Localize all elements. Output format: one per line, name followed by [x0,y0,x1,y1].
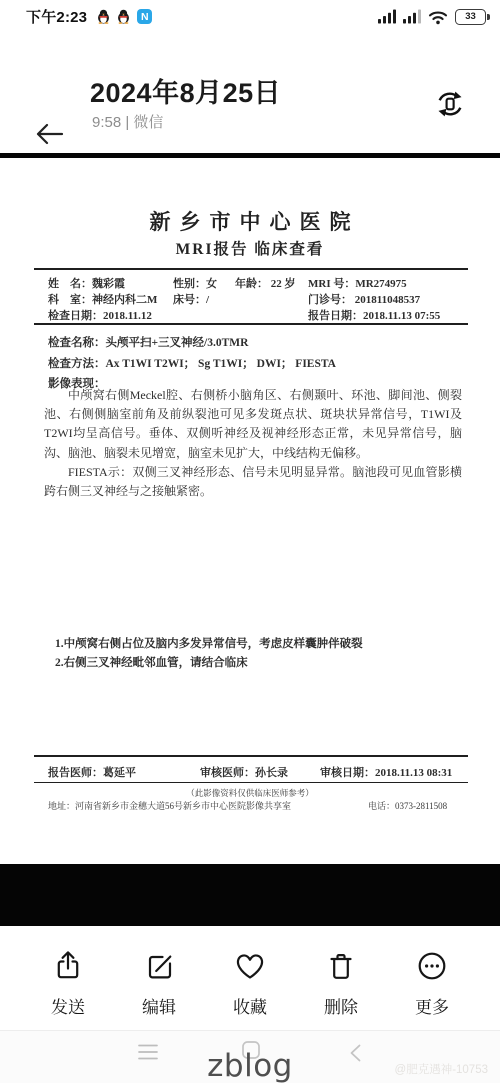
divider [34,755,468,757]
trash-icon [323,948,359,984]
favorite-button[interactable]: 收藏 [220,948,280,1030]
conclusion-line-2: 2.右侧三叉神经毗邻血管，请结合临床 [55,654,460,673]
photo-watermark: @肥克遇神-10753 [395,1061,488,1077]
exam-date: 检查日期：2018.11.12 [48,307,152,323]
status-right-icons: 33 [378,9,486,25]
signal2-icon [403,9,421,24]
edit-icon [141,948,177,984]
findings-text: 中颅窝右侧Meckel腔、右侧桥小脑角区、右侧颞叶、环池、脚间池、侧裂池、右侧侧… [44,386,462,501]
bed-number: 床号：/ [173,291,209,307]
wifi-icon [428,9,448,25]
send-label: 发送 [51,993,85,1018]
disclaimer-text: （此影像资料仅供临床医师参考） [0,787,500,799]
divider [34,268,468,270]
address-row: 地址：河南省新乡市金穗大道56号新乡市中心医院影像共享室 电话：0373-281… [0,799,500,811]
android-nav-bar: zblog @肥克遇神-10753 [0,1030,500,1083]
status-bar: 下午2:23 N [0,0,500,33]
nav-back-icon[interactable] [348,1043,362,1063]
recents-menu-icon[interactable] [136,1043,160,1061]
patient-name: 姓 名：魏彩霞 [48,275,125,291]
notification-icons: N [97,9,152,24]
delete-label: 删除 [324,993,358,1018]
patient-gender: 性别：女 [173,275,217,291]
app-header: 2024年8月25日 9:58 | 微信 [0,33,500,153]
hospital-name: 新乡市中心医院 [0,206,500,236]
findings-paragraph-1: 中颅窝右侧Meckel腔、右侧桥小脑角区、右侧颞叶、环池、脚间池、侧裂池、右侧侧… [44,386,462,463]
photo-viewer-screen: 下午2:23 N [0,0,500,1083]
department: 科 室：神经内科二M [48,291,157,307]
more-button[interactable]: 更多 [402,948,462,1030]
hospital-address: 地址：河南省新乡市金穗大道56号新乡市中心医院影像共享室 [48,799,291,812]
patient-info-row: 姓 名：魏彩霞 性别：女 年龄： 22 岁 MRI 号：MR274975 [0,275,500,290]
divider [34,323,468,325]
n-app-icon: N [137,9,152,24]
photo-date-title: 2024年8月25日 [90,71,281,110]
battery-level: 33 [465,11,476,22]
review-date: 审核日期：2018.11.13 08:31 [320,764,452,780]
exam-method: 检查方法：Ax T1WI T2WI； Sg T1WI； DWI； FIESTA [48,355,464,371]
patient-info-row: 检查日期：2018.11.12 报告日期：2018.11.13 07:55 [0,307,500,322]
edit-button[interactable]: 编辑 [129,948,189,1030]
action-toolbar: 发送 编辑 收藏 删除 [0,926,500,1030]
favorite-label: 收藏 [233,993,267,1018]
photo-time-source: 9:58 | 微信 [92,111,163,132]
mri-number: MRI 号：MR274975 [308,275,407,291]
status-time: 下午2:23 [26,6,87,27]
report-date: 报告日期：2018.11.13 07:55 [308,307,440,323]
mri-report-photo[interactable]: 新乡市中心医院 MRI报告 临床查看 姓 名：魏彩霞 性别：女 年龄： 22 岁… [0,158,500,864]
delete-button[interactable]: 删除 [311,948,371,1030]
share-icon [50,948,86,984]
battery-icon: 33 [455,9,486,25]
report-doctor: 报告医师：葛延平 [48,764,136,780]
divider [34,782,468,783]
patient-info-row: 科 室：神经内科二M 床号：/ 门诊号： 201811048537 [0,291,500,306]
qq-penguin-icon [117,9,130,24]
more-icon [414,948,450,984]
patient-age: 年龄： 22 岁 [235,275,296,291]
outpatient-number: 门诊号： 201811048537 [308,291,420,307]
conclusion-line-1: 1.中颅窝右侧占位及脑内多发异常信号，考虑皮样囊肿伴破裂 [55,635,460,654]
more-label: 更多 [415,993,449,1018]
findings-paragraph-2: FIESTA示：双侧三叉神经形态、信号未见明显异常。脑池段可见血管影横跨右侧三叉… [44,463,462,501]
doctors-row: 报告医师：葛延平 审核医师：孙长录 审核日期：2018.11.13 08:31 [0,764,500,778]
rotate-screen-icon[interactable] [434,88,466,120]
edit-label: 编辑 [142,993,176,1018]
conclusions: 1.中颅窝右侧占位及脑内多发异常信号，考虑皮样囊肿伴破裂 2.右侧三叉神经毗邻血… [55,635,460,673]
heart-icon [232,948,268,984]
qq-penguin-icon [97,9,110,24]
review-doctor: 审核医师：孙长录 [200,764,288,780]
site-watermark: zblog [207,1048,293,1083]
hospital-phone: 电话：0373-2811508 [368,799,447,812]
signal-icon [378,9,396,24]
back-arrow-icon[interactable] [34,121,64,147]
photo-bottom-border [0,864,500,926]
send-button[interactable]: 发送 [38,948,98,1030]
report-title: MRI报告 临床查看 [0,237,500,259]
exam-name: 检查名称：头颅平扫+三叉神经/3.0TMR [48,334,464,350]
